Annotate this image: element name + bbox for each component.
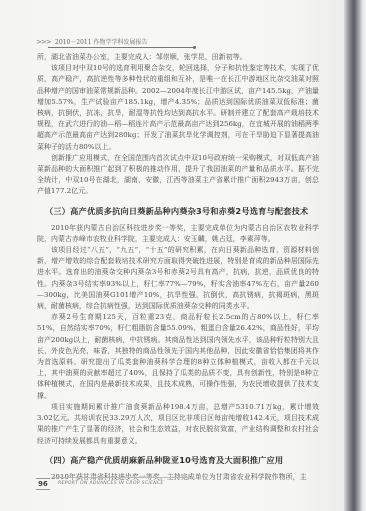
- page-body: 所，湖北省油菜办公室，主要完成人：邹崇顺，张学昆，田新初等。 该项目对中双10号…: [37, 52, 319, 483]
- book-spine-shadow: [344, 0, 366, 511]
- paragraph-sunflower-award: 2010年获内蒙古自治区科技进步奖一等奖，主要完成单位为内蒙古自治区农牧业科学院…: [37, 223, 319, 245]
- paragraph-zhongshuang10-promotion: 创新推广应用模式，在全国范围内首次试点中双10号政府统一采购模式，对双低高产油菜…: [37, 153, 319, 198]
- page-number: 96: [36, 478, 50, 490]
- paragraph-chikui2-traits: 赤葵2号生育期125天，百粒重23克，商品籽粒长2.5cm的占80%以上，籽仁率…: [37, 312, 319, 402]
- journal-title: REPORT ON ADVANCES IN CROP SCIENCE: [58, 481, 164, 486]
- paragraph-sunflower-research: 该项目经过“八五”，“九五”，“十五”的研究积累，在向日葵新品种选育，资源材料创…: [37, 245, 319, 312]
- running-head-title: 2010－2011 作物学学科发展报告: [55, 37, 147, 46]
- chevron-decoration-icon: >>>: [36, 38, 51, 46]
- paragraph-zhongshuang10-breeding: 该项目对中双10号的选育利用聚合杂交，轮回选择，分子和抗性鉴定等技术，实现了优质…: [37, 63, 319, 153]
- paragraph-continuation: 所，湖北省油菜办公室，主要完成人：邹崇顺，张学昆，田新初等。: [37, 52, 319, 63]
- running-head: >>> 2010－2011 作物学学科发展报告: [36, 37, 196, 49]
- paragraph-sunflower-benefits: 项目实施期间累计推广油食葵新品种198.4万亩，总增产5310.71万kg，累计…: [37, 402, 319, 447]
- running-head-rule: [48, 47, 194, 48]
- page-footer: 96 REPORT ON ADVANCES IN CROP SCIENCE: [36, 478, 196, 494]
- section-heading-sunflower: （三）高产优质多抗向日葵新品种内葵杂3号和赤葵2号选育与配套技术: [37, 206, 319, 217]
- document-page: >>> 2010－2011 作物学学科发展报告 所，湖北省油菜办公室，主要完成人…: [0, 0, 346, 511]
- footer-rule: [54, 477, 194, 478]
- section-heading-flax: （四）高产稳产优质胡麻新品种陇亚10号选育及大面积推广应用: [37, 455, 319, 466]
